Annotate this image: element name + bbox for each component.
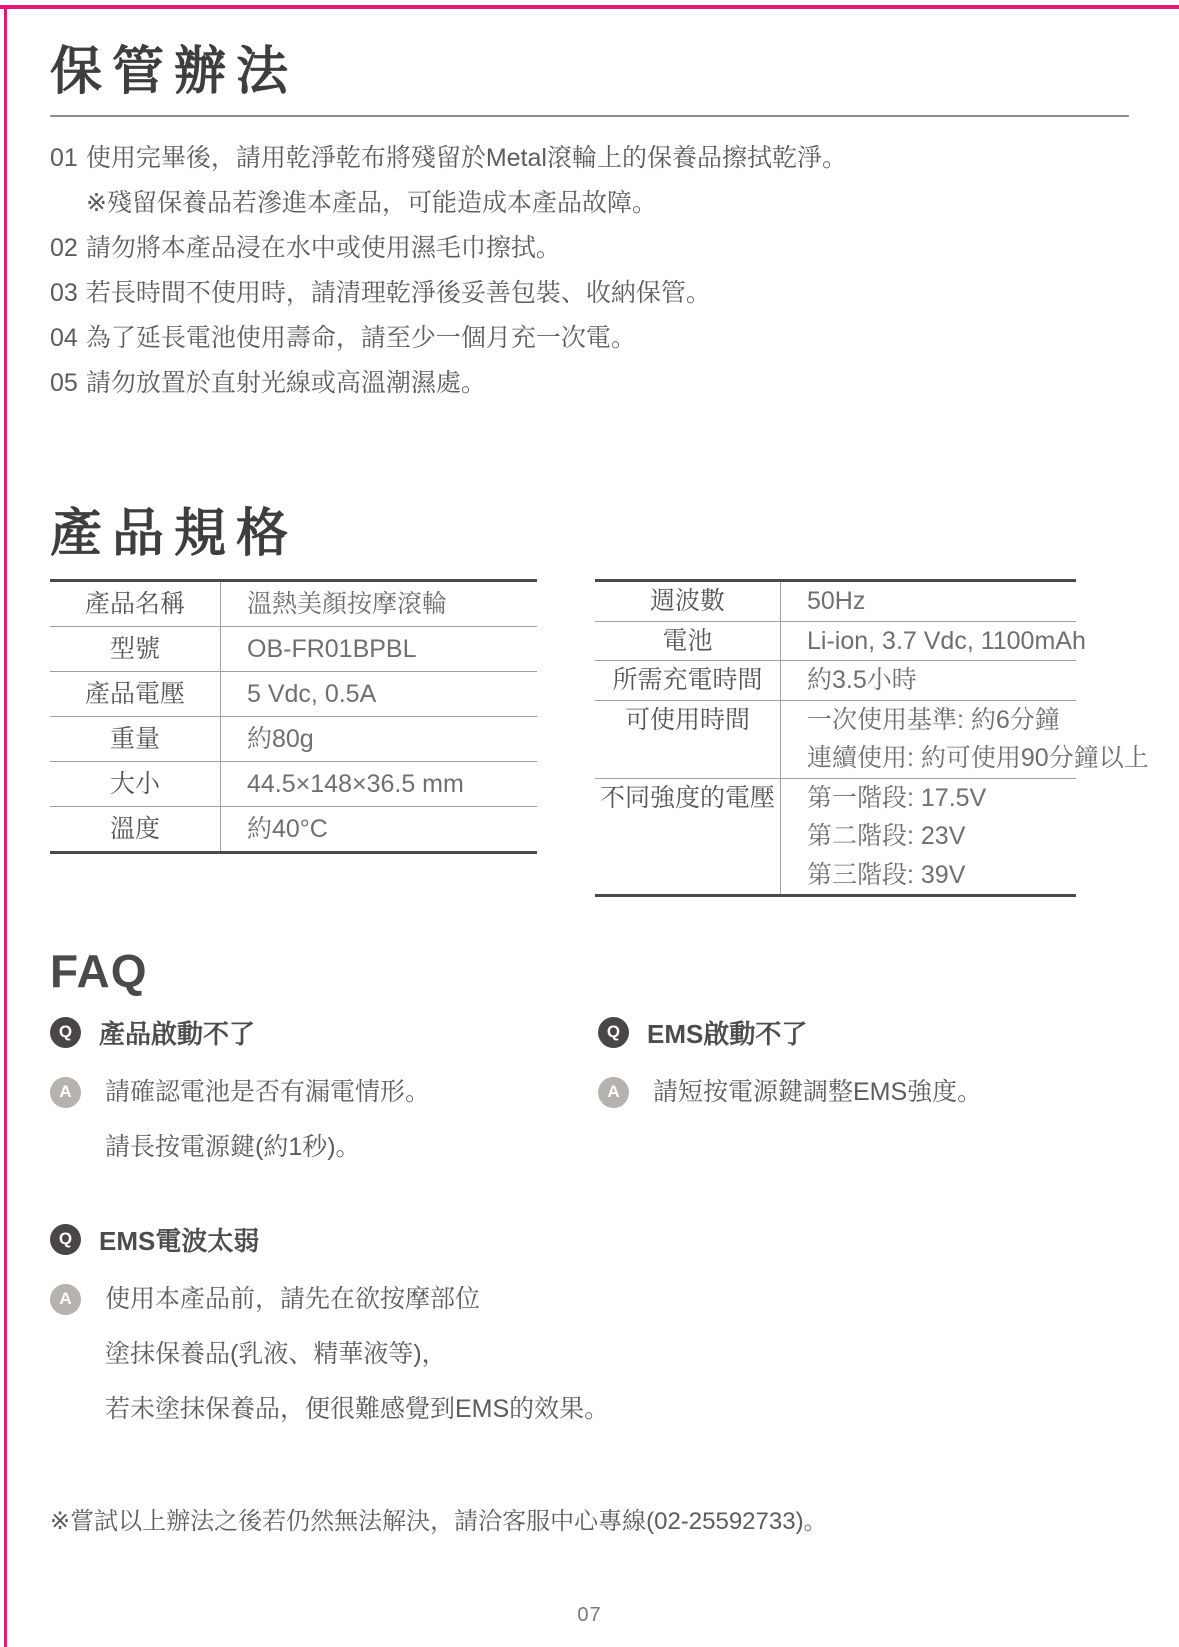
spec-value-line: 第三階段: 39V <box>807 856 1076 895</box>
spec-label: 產品名稱 <box>50 582 221 626</box>
faq-item-2: Q EMS啟動不了 A 請短按電源鍵調整EMS強度。 <box>598 1014 1129 1175</box>
question-badge-icon: Q <box>598 1017 629 1048</box>
specs-title: 產品規格 <box>50 506 1129 563</box>
spec-tables: 產品名稱 溫熱美顏按摩滾輪 型號 OB-FR01BPBL 產品電壓 5 Vdc,… <box>50 579 1129 897</box>
faq-item-1: Q 產品啟動不了 A 請確認電池是否有漏電情形。 請長按電源鍵(約1秒)。 <box>50 1014 598 1175</box>
faq-question: Q 產品啟動不了 <box>50 1014 598 1051</box>
table-row: 型號 OB-FR01BPBL <box>50 626 537 671</box>
answer-line: 使用本產品前，請先在欲按摩部位 <box>105 1272 609 1327</box>
spec-value: 約40°C <box>221 807 537 851</box>
faq-item-3: Q EMS電波太弱 A 使用本產品前，請先在欲按摩部位 塗抹保養品(乳液、精華液… <box>50 1221 1129 1437</box>
page-content: 保管辦法 01使用完畢後，請用乾淨乾布將殘留於Metal滾輪上的保養品擦拭乾淨。… <box>0 44 1179 1536</box>
question-text: 產品啟動不了 <box>99 1014 255 1051</box>
spec-value-line: 約3.5小時 <box>807 661 1076 700</box>
item-text: 若長時間不使用時，請清理乾淨後妥善包裝、收納保管。 <box>86 279 711 307</box>
spec-value: 第一階段: 17.5V 第二階段: 23V 第三階段: 39V <box>781 779 1076 895</box>
storage-section: 保管辦法 01使用完畢後，請用乾淨乾布將殘留於Metal滾輪上的保養品擦拭乾淨。… <box>50 44 1129 396</box>
spec-label: 不同強度的電壓 <box>595 779 781 895</box>
item-number: 03 <box>50 279 78 307</box>
spec-label: 大小 <box>50 762 221 806</box>
service-footnote: ※嘗試以上辦法之後若仍然無法解決，請洽客服中心專線(02-25592733)。 <box>50 1501 1129 1536</box>
answer-lines: 請確認電池是否有漏電情形。 請長按電源鍵(約1秒)。 <box>105 1065 430 1175</box>
question-badge-icon: Q <box>50 1017 81 1048</box>
spec-value: 44.5×148×36.5 mm <box>221 762 537 806</box>
question-text: EMS電波太弱 <box>99 1221 259 1258</box>
spec-value-line: 連續使用: 約可使用90分鐘以上 <box>807 739 1149 778</box>
item-text: 使用完畢後，請用乾淨乾布將殘留於Metal滾輪上的保養品擦拭乾淨。 <box>86 144 847 172</box>
answer-lines: 請短按電源鍵調整EMS強度。 <box>653 1065 982 1120</box>
question-text: EMS啟動不了 <box>647 1014 807 1051</box>
item-note: ※殘留保養品若滲進本產品，可能造成本產品故障。 <box>50 190 1129 216</box>
spec-value: 一次使用基準: 約6分鐘 連續使用: 約可使用90分鐘以上 <box>781 701 1149 778</box>
answer-lines: 使用本產品前，請先在欲按摩部位 塗抹保養品(乳液、精華液等)， 若未塗抹保養品，… <box>105 1272 609 1437</box>
faq-answer: A 請確認電池是否有漏電情形。 請長按電源鍵(約1秒)。 <box>50 1065 598 1175</box>
spec-value-line: 第一階段: 17.5V <box>807 779 1076 818</box>
spec-value: Li-ion, 3.7 Vdc, 1100mAh <box>781 622 1086 661</box>
spec-value: 5 Vdc, 0.5A <box>221 672 537 716</box>
faq-section: FAQ Q 產品啟動不了 A 請確認電池是否有漏電情形。 請長按電源鍵(約1秒)… <box>50 947 1129 1535</box>
spec-value: 約3.5小時 <box>781 661 1076 700</box>
question-badge-icon: Q <box>50 1224 81 1255</box>
item-number: 01 <box>50 144 78 172</box>
table-row: 大小 44.5×148×36.5 mm <box>50 761 537 806</box>
spec-label: 重量 <box>50 717 221 761</box>
spec-value-line: Li-ion, 3.7 Vdc, 1100mAh <box>807 622 1086 661</box>
spec-label: 可使用時間 <box>595 701 781 778</box>
page-accent-top-border <box>0 5 1179 9</box>
item-text: 請勿放置於直射光線或高溫潮濕處。 <box>86 369 486 397</box>
table-row: 電池 Li-ion, 3.7 Vdc, 1100mAh <box>595 621 1076 661</box>
faq-question: Q EMS電波太弱 <box>50 1221 1129 1258</box>
spec-label: 產品電壓 <box>50 672 221 716</box>
item-number: 02 <box>50 234 78 262</box>
spec-table-left: 產品名稱 溫熱美顏按摩滾輪 型號 OB-FR01BPBL 產品電壓 5 Vdc,… <box>50 579 537 854</box>
faq-answer: A 請短按電源鍵調整EMS強度。 <box>598 1065 1129 1120</box>
table-row: 可使用時間 一次使用基準: 約6分鐘 連續使用: 約可使用90分鐘以上 <box>595 700 1076 778</box>
answer-badge-icon: A <box>598 1077 629 1108</box>
item-number: 04 <box>50 324 78 352</box>
table-row: 不同強度的電壓 第一階段: 17.5V 第二階段: 23V 第三階段: 39V <box>595 778 1076 895</box>
item-text: 為了延長電池使用壽命，請至少一個月充一次電。 <box>86 324 636 352</box>
list-item: 01使用完畢後，請用乾淨乾布將殘留於Metal滾輪上的保養品擦拭乾淨。 ※殘留保… <box>50 145 1129 216</box>
answer-badge-icon: A <box>50 1284 81 1315</box>
spec-value: 50Hz <box>781 582 1076 621</box>
faq-answer: A 使用本產品前，請先在欲按摩部位 塗抹保養品(乳液、精華液等)， 若未塗抹保養… <box>50 1272 1129 1437</box>
table-row: 溫度 約40°C <box>50 806 537 851</box>
spec-label: 所需充電時間 <box>595 661 781 700</box>
faq-title: FAQ <box>50 947 1129 995</box>
spec-value-line: 第二階段: 23V <box>807 817 1076 856</box>
faq-row-1: Q 產品啟動不了 A 請確認電池是否有漏電情形。 請長按電源鍵(約1秒)。 Q … <box>50 1014 1129 1175</box>
spec-value-line: 一次使用基準: 約6分鐘 <box>807 701 1149 740</box>
list-item: 04為了延長電池使用壽命，請至少一個月充一次電。 <box>50 325 1129 351</box>
list-item: 02請勿將本產品浸在水中或使用濕毛巾擦拭。 <box>50 235 1129 261</box>
item-text: 請勿將本產品浸在水中或使用濕毛巾擦拭。 <box>86 234 561 262</box>
storage-list: 01使用完畢後，請用乾淨乾布將殘留於Metal滾輪上的保養品擦拭乾淨。 ※殘留保… <box>50 145 1129 396</box>
table-row: 產品名稱 溫熱美顏按摩滾輪 <box>50 582 537 626</box>
table-row: 產品電壓 5 Vdc, 0.5A <box>50 671 537 716</box>
spec-value: 約80g <box>221 717 537 761</box>
spec-label: 電池 <box>595 622 781 661</box>
answer-line: 請長按電源鍵(約1秒)。 <box>105 1120 430 1175</box>
spec-value: OB-FR01BPBL <box>221 627 537 671</box>
spec-value-line: 50Hz <box>807 582 1076 621</box>
answer-line: 塗抹保養品(乳液、精華液等)， <box>105 1327 609 1382</box>
item-number: 05 <box>50 369 78 397</box>
answer-badge-icon: A <box>50 1077 81 1108</box>
page-number: 07 <box>0 1604 1179 1627</box>
list-item: 03若長時間不使用時，請清理乾淨後妥善包裝、收納保管。 <box>50 280 1129 306</box>
list-item: 05請勿放置於直射光線或高溫潮濕處。 <box>50 370 1129 396</box>
storage-title: 保管辦法 <box>50 44 1129 101</box>
faq-question: Q EMS啟動不了 <box>598 1014 1129 1051</box>
spec-value: 溫熱美顏按摩滾輪 <box>221 582 537 626</box>
spec-label: 溫度 <box>50 807 221 851</box>
spec-label: 型號 <box>50 627 221 671</box>
answer-line: 請短按電源鍵調整EMS強度。 <box>653 1065 982 1120</box>
spec-table-right: 週波數 50Hz 電池 Li-ion, 3.7 Vdc, 1100mAh 所需充… <box>595 579 1076 897</box>
answer-line: 若未塗抹保養品，便很難感覺到EMS的效果。 <box>105 1382 609 1437</box>
table-row: 週波數 50Hz <box>595 582 1076 621</box>
spec-label: 週波數 <box>595 582 781 621</box>
title-divider <box>50 115 1129 117</box>
specs-section: 產品規格 產品名稱 溫熱美顏按摩滾輪 型號 OB-FR01BPBL 產品電壓 5… <box>50 506 1129 897</box>
table-row: 重量 約80g <box>50 716 537 761</box>
answer-line: 請確認電池是否有漏電情形。 <box>105 1065 430 1120</box>
table-row: 所需充電時間 約3.5小時 <box>595 660 1076 700</box>
